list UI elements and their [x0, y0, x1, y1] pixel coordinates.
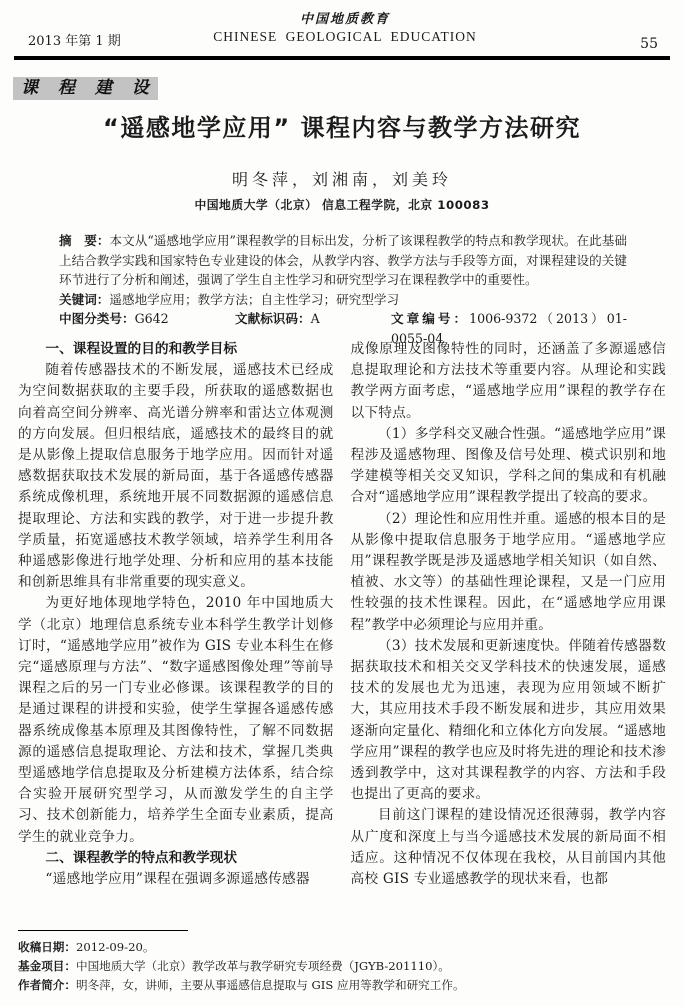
- footnote-block: 收稿日期：2012-09-20。 基金项目：中国地质大学（北京）教学改革与教学研…: [18, 930, 666, 994]
- clc-value: G642: [135, 311, 169, 326]
- fund-line: 基金项目：中国地质大学（北京）教学改革与教学研究专项经费（JGYB-201110…: [18, 957, 666, 976]
- article-title: “遥感地学应用” 课程内容与教学方法研究: [0, 108, 684, 143]
- abstract-label: 摘 要：: [59, 233, 109, 248]
- journal-masthead: 中国地质教育 CHINESE GEOLOGICAL EDUCATION: [28, 8, 662, 45]
- footnote-divider: [18, 930, 188, 931]
- body-paragraph: “遥感地学应用”课程在强调多源遥感传感器: [18, 869, 334, 890]
- author-bio-value: 明冬萍，女，讲师，主要从事遥感信息提取与 GIS 应用等教学和研究工作。: [76, 978, 465, 992]
- section-heading: 一、课程设置的目的和教学目标: [18, 339, 334, 360]
- keywords-line: 关键词：遥感地学应用；教学方法；自主性学习；研究型学习: [59, 290, 627, 310]
- article-authors: 明冬萍，刘湘南，刘美玲: [0, 167, 684, 190]
- section-badge: 课 程 建 设: [13, 77, 158, 100]
- author-bio-line: 作者简介：明冬萍，女，讲师，主要从事遥感信息提取与 GIS 应用等教学和研究工作…: [18, 976, 666, 995]
- received-date-value: 2012-09-20。: [76, 940, 154, 954]
- journal-page: 2013 年第 1 期 中国地质教育 CHINESE GEOLOGICAL ED…: [0, 0, 684, 1006]
- doc-code-label: 文献标识码：: [235, 311, 311, 326]
- received-date-label: 收稿日期：: [18, 940, 76, 954]
- journal-title-cn: 中国地质教育: [28, 8, 662, 27]
- section-heading: 二、课程教学的特点和教学现状: [18, 848, 334, 869]
- body-column-right: 成像原理及图像特性的同时，还涵盖了多源遥感信息提取理论和方法技术等重要内容。从理…: [351, 339, 667, 890]
- article-affiliation: 中国地质大学（北京） 信息工程学院，北京 100083: [0, 196, 684, 213]
- body-paragraph: 随着传感器技术的不断发展，遥感技术已经成为空间数据获取的主要手段，所获取的遥感数…: [18, 360, 334, 593]
- article-id-label: 文章编号：: [391, 311, 469, 326]
- fund-label: 基金项目：: [18, 959, 76, 973]
- body-column-left: 一、课程设置的目的和教学目标随着传感器技术的不断发展，遥感技术已经成为空间数据获…: [18, 339, 334, 890]
- article-body: 一、课程设置的目的和教学目标随着传感器技术的不断发展，遥感技术已经成为空间数据获…: [18, 339, 666, 890]
- body-paragraph: 目前这门课程的建设情况还很薄弱，教学内容从广度和深度上与当今遥感技术发展的新局面…: [351, 805, 667, 890]
- doc-code-value: A: [311, 311, 320, 326]
- body-paragraph: 成像原理及图像特性的同时，还涵盖了多源遥感信息提取理论和方法技术等重要内容。从理…: [351, 339, 667, 424]
- keywords-text: 遥感地学应用；教学方法；自主性学习；研究型学习: [109, 292, 399, 307]
- body-paragraph: 为更好地体现地学特色，2010 年中国地质大学（北京）地理信息系统专业本科学生教…: [18, 593, 334, 847]
- header-divider: [14, 56, 670, 60]
- fund-value: 中国地质大学（北京）教学改革与教学研究专项经费（JGYB-201110）。: [76, 959, 450, 973]
- received-date-line: 收稿日期：2012-09-20。: [18, 938, 666, 957]
- page-header: 2013 年第 1 期 中国地质教育 CHINESE GEOLOGICAL ED…: [28, 8, 662, 56]
- clc-label: 中图分类号：: [59, 311, 135, 326]
- body-paragraph: （2）理论性和应用性并重。遥感的根本目的是从影像中提取信息服务于地学应用。“遥感…: [351, 509, 667, 636]
- journal-title-en: CHINESE GEOLOGICAL EDUCATION: [28, 29, 662, 45]
- body-paragraph: （3）技术发展和更新速度快。伴随着传感器数据获取技术和相关交叉学科技术的快速发展…: [351, 636, 667, 806]
- page-number: 55: [640, 36, 658, 52]
- keywords-label: 关键词：: [59, 292, 109, 307]
- abstract-paragraph: 摘 要：本文从“遥感地学应用”课程教学的目标出发，分析了该课程教学的特点和教学现…: [59, 231, 627, 290]
- abstract-text: 本文从“遥感地学应用”课程教学的目标出发，分析了该课程教学的特点和教学现状。在此…: [59, 233, 627, 287]
- body-paragraph: （1）多学科交叉融合性强。“遥感地学应用”课程涉及遥感物理、图像及信号处理、模式…: [351, 424, 667, 509]
- issue-label: 2013 年第 1 期: [28, 30, 121, 49]
- abstract-block: 摘 要：本文从“遥感地学应用”课程教学的目标出发，分析了该课程教学的特点和教学现…: [59, 231, 627, 349]
- author-bio-label: 作者简介：: [18, 978, 76, 992]
